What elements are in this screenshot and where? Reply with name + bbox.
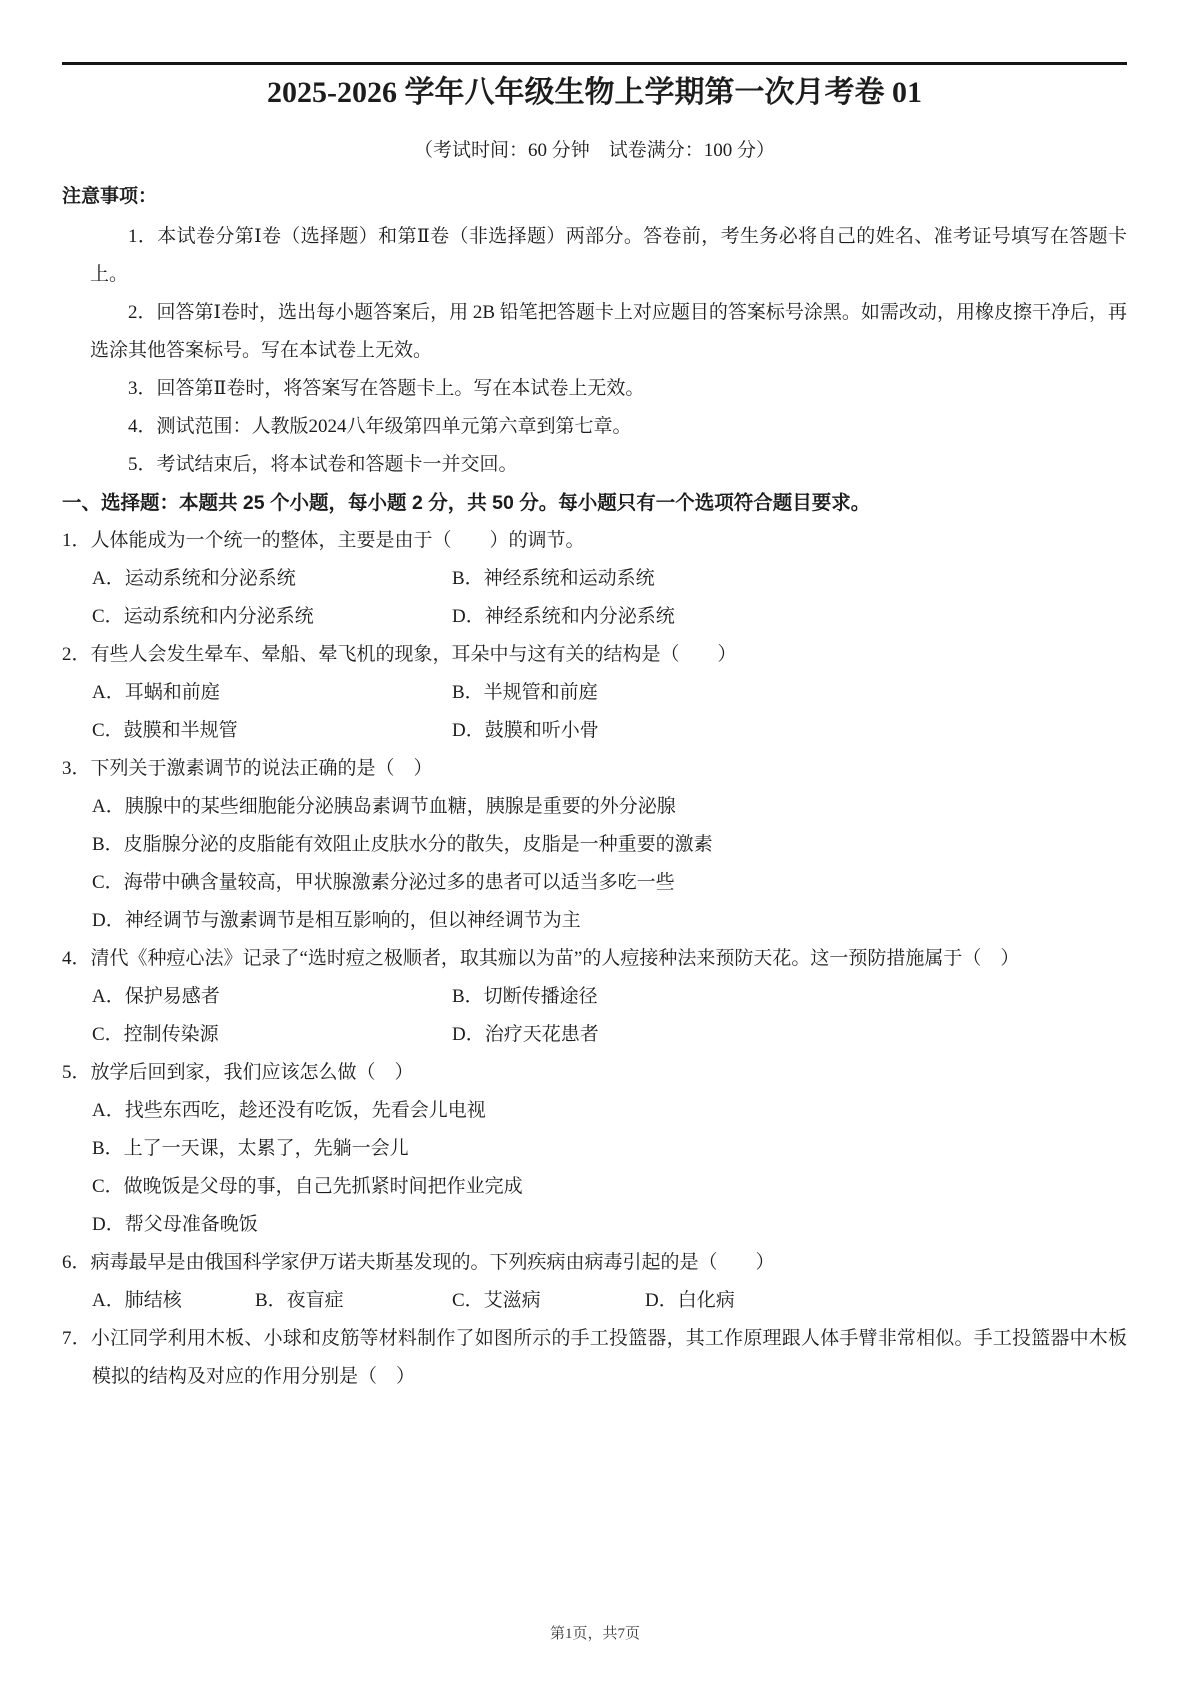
page-title: 2025-2026 学年八年级生物上学期第一次月考卷 01 [62,73,1127,113]
page-footer: 第1页，共7页 [0,1624,1190,1644]
question-2: 2．有些人会发生晕车、晕船、晕飞机的现象，耳朵中与这有关的结构是（ ） A．耳蜗… [62,636,1127,750]
question-4-option-c: C．控制传染源 [92,1016,452,1054]
question-4-options: A．保护易感者 B．切断传播途径 C．控制传染源 D．治疗天花患者 [92,978,1127,1054]
notices-heading: 注意事项： [62,182,1127,212]
notice-item-5: 5．考试结束后，将本试卷和答题卡一并交回。 [90,446,1127,484]
question-5-option-d: D．帮父母准备晚饭 [92,1206,1127,1244]
question-2-option-c: C．鼓膜和半规管 [92,712,452,750]
question-3-option-a: A．胰腺中的某些细胞能分泌胰岛素调节血糖，胰腺是重要的外分泌腺 [92,788,1127,826]
question-5-option-a: A．找些东西吃，趁还没有吃饭，先看会儿电视 [92,1092,1127,1130]
question-4-option-d: D．治疗天花患者 [452,1016,1127,1054]
question-2-option-b: B．半规管和前庭 [452,674,1127,712]
question-5-text: 5．放学后回到家，我们应该怎么做（ ） [62,1054,1127,1092]
question-1-option-c: C．运动系统和内分泌系统 [92,598,452,636]
question-5-options: A．找些东西吃，趁还没有吃饭，先看会儿电视 B．上了一天课，太累了，先躺一会儿 … [92,1092,1127,1244]
exam-paper-page: 2025-2026 学年八年级生物上学期第一次月考卷 01 （考试时间：60 分… [0,0,1190,1682]
question-1-options: A．运动系统和分泌系统 B．神经系统和运动系统 C．运动系统和内分泌系统 D．神… [92,560,1127,636]
notice-item-4: 4．测试范围：人教版2024八年级第四单元第六章到第七章。 [90,408,1127,446]
question-5-option-b: B．上了一天课，太累了，先躺一会儿 [92,1130,1127,1168]
question-1-text: 1．人体能成为一个统一的整体，主要是由于（ ）的调节。 [62,522,1127,560]
question-4-option-a: A．保护易感者 [92,978,452,1016]
question-2-option-a: A．耳蜗和前庭 [92,674,452,712]
question-4: 4．清代《种痘心法》记录了“选时痘之极顺者，取其痂以为苗”的人痘接种法来预防天花… [62,940,1127,1054]
notice-item-2: 2．回答第Ⅰ卷时，选出每小题答案后，用 2B 铅笔把答题卡上对应题目的答案标号涂… [90,294,1127,370]
question-3-option-d: D．神经调节与激素调节是相互影响的，但以神经调节为主 [92,902,1127,940]
question-6-option-b: B．夜盲症 [255,1282,452,1320]
question-6-option-c: C．艾滋病 [452,1282,645,1320]
question-5-option-c: C．做晚饭是父母的事，自己先抓紧时间把作业完成 [92,1168,1127,1206]
question-1: 1．人体能成为一个统一的整体，主要是由于（ ）的调节。 A．运动系统和分泌系统 … [62,522,1127,636]
section-heading-choice: 一、选择题：本题共 25 个小题，每小题 2 分，共 50 分。每小题只有一个选… [62,484,1127,522]
question-7-text: 7．小江同学利用木板、小球和皮筋等材料制作了如图所示的手工投篮器，其工作原理跟人… [62,1320,1127,1396]
question-7: 7．小江同学利用木板、小球和皮筋等材料制作了如图所示的手工投篮器，其工作原理跟人… [62,1320,1127,1396]
question-6: 6．病毒最早是由俄国科学家伊万诺夫斯基发现的。下列疾病由病毒引起的是（ ） A．… [62,1244,1127,1320]
notice-item-3: 3．回答第Ⅱ卷时，将答案写在答题卡上。写在本试卷上无效。 [90,370,1127,408]
question-3-option-b: B．皮脂腺分泌的皮脂能有效阻止皮肤水分的散失，皮脂是一种重要的激素 [92,826,1127,864]
notices-list: 1．本试卷分第Ⅰ卷（选择题）和第Ⅱ卷（非选择题）两部分。答卷前，考生务必将自己的… [62,218,1127,484]
question-2-option-d: D．鼓膜和听小骨 [452,712,1127,750]
header-rule [62,62,1127,65]
question-6-options: A．肺结核 B．夜盲症 C．艾滋病 D．白化病 [92,1282,1127,1320]
question-3-options: A．胰腺中的某些细胞能分泌胰岛素调节血糖，胰腺是重要的外分泌腺 B．皮脂腺分泌的… [92,788,1127,940]
question-1-option-a: A．运动系统和分泌系统 [92,560,452,598]
question-5: 5．放学后回到家，我们应该怎么做（ ） A．找些东西吃，趁还没有吃饭，先看会儿电… [62,1054,1127,1244]
question-3-option-c: C．海带中碘含量较高，甲状腺激素分泌过多的患者可以适当多吃一些 [92,864,1127,902]
question-4-option-b: B．切断传播途径 [452,978,1127,1016]
page-content: 2025-2026 学年八年级生物上学期第一次月考卷 01 （考试时间：60 分… [0,0,1190,1396]
question-6-option-a: A．肺结核 [92,1282,255,1320]
question-1-option-d: D．神经系统和内分泌系统 [452,598,1127,636]
question-3: 3．下列关于激素调节的说法正确的是（ ） A．胰腺中的某些细胞能分泌胰岛素调节血… [62,750,1127,940]
exam-meta: （考试时间：60 分钟 试卷满分：100 分） [62,136,1127,166]
question-1-option-b: B．神经系统和运动系统 [452,560,1127,598]
notice-item-1: 1．本试卷分第Ⅰ卷（选择题）和第Ⅱ卷（非选择题）两部分。答卷前，考生务必将自己的… [90,218,1127,294]
question-6-option-d: D．白化病 [645,1282,1127,1320]
question-3-text: 3．下列关于激素调节的说法正确的是（ ） [62,750,1127,788]
question-2-options: A．耳蜗和前庭 B．半规管和前庭 C．鼓膜和半规管 D．鼓膜和听小骨 [92,674,1127,750]
question-4-text: 4．清代《种痘心法》记录了“选时痘之极顺者，取其痂以为苗”的人痘接种法来预防天花… [62,940,1127,978]
question-2-text: 2．有些人会发生晕车、晕船、晕飞机的现象，耳朵中与这有关的结构是（ ） [62,636,1127,674]
question-6-text: 6．病毒最早是由俄国科学家伊万诺夫斯基发现的。下列疾病由病毒引起的是（ ） [62,1244,1127,1282]
